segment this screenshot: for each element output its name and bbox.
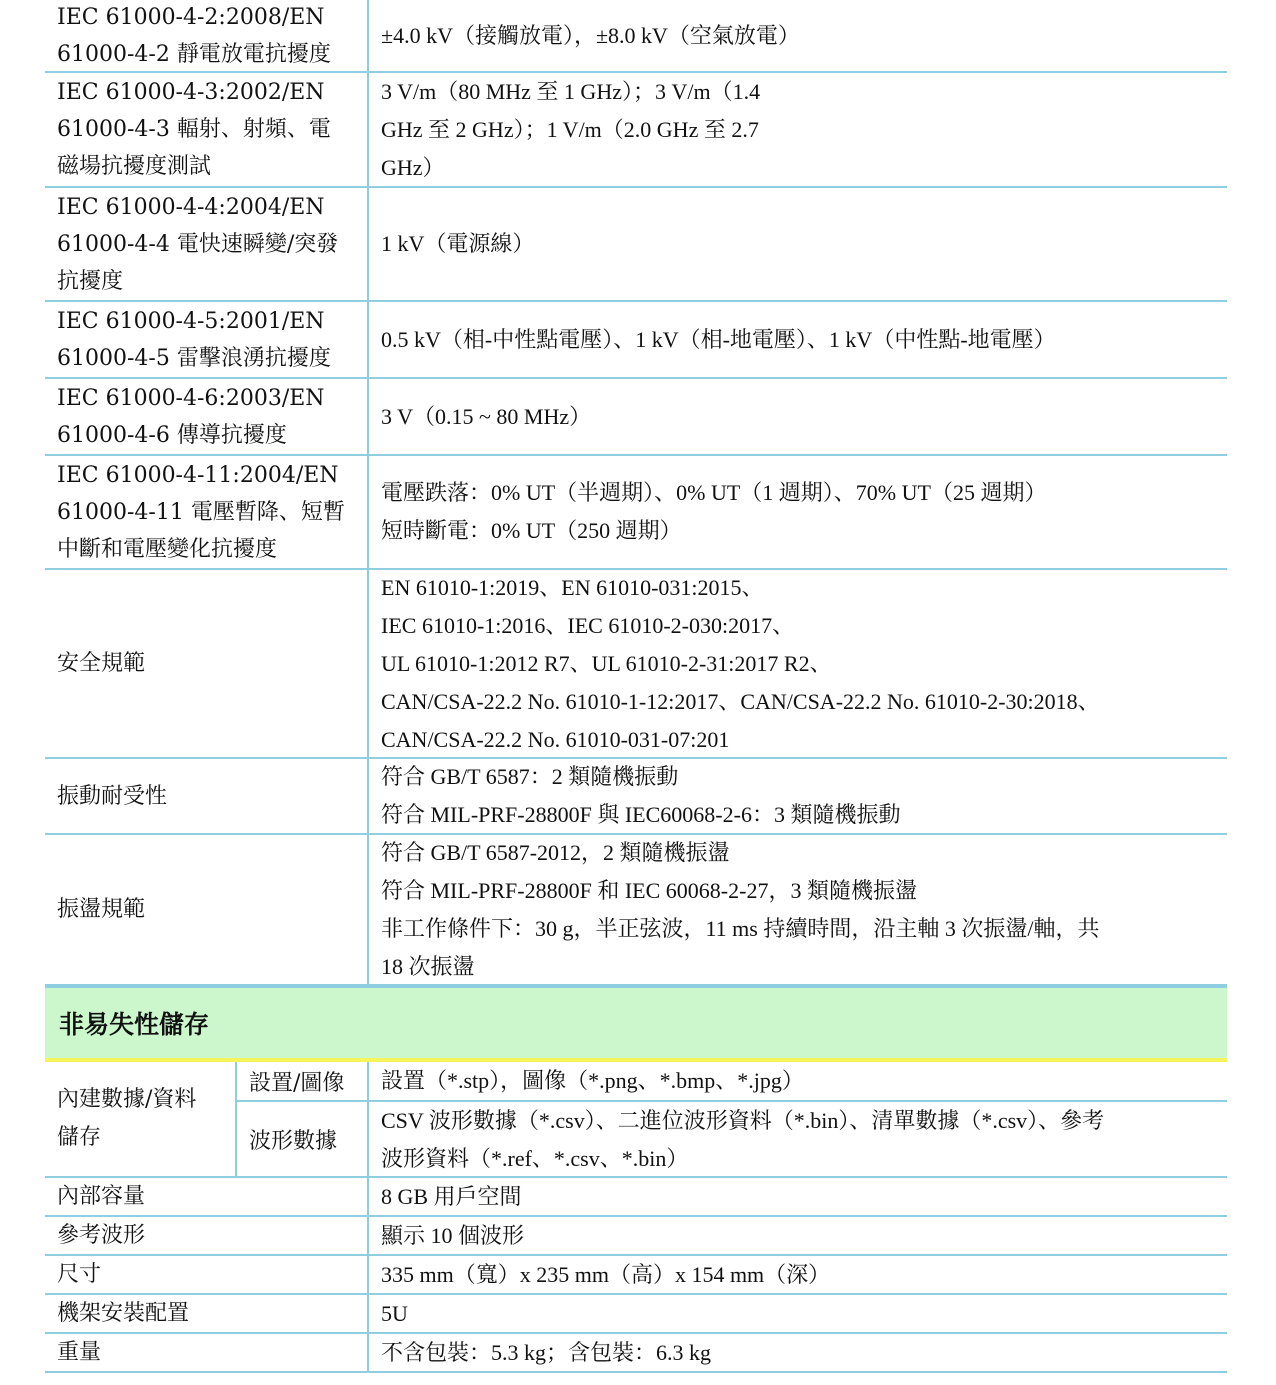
row-label: IEC 61000-4-4:2004/EN 61000-4-4 電快速瞬變/突發… (45, 188, 369, 300)
table-row: IEC 61000-4-4:2004/EN 61000-4-4 電快速瞬變/突發… (45, 188, 1227, 302)
table-row: 內部容量 8 GB 用戶空間 (45, 1178, 1227, 1217)
table-row: 參考波形 顯示 10 個波形 (45, 1217, 1227, 1256)
row-value: 335 mm（寬）x 235 mm（高）x 154 mm（深） (369, 1256, 1227, 1293)
table-row: 振盪規範 符合 GB/T 6587-2012，2 類隨機振盪 符合 MIL-PR… (45, 835, 1227, 986)
label-line: 抗擾度 (57, 263, 338, 300)
row-label: 參考波形 (45, 1217, 369, 1254)
value-line: 3 V（0.15 ~ 80 MHz） (381, 398, 591, 436)
label-line: 中斷和電壓變化抗擾度 (57, 531, 345, 568)
row-value: ±4.0 kV（接觸放電），±8.0 kV（空氣放電） (369, 0, 1227, 71)
table-row: IEC 61000-4-6:2003/EN 61000-4-6 傳導抗擾度 3 … (45, 379, 1227, 456)
table-row: 振動耐受性 符合 GB/T 6587：2 類隨機振動 符合 MIL-PRF-28… (45, 759, 1227, 835)
row-value: 3 V（0.15 ~ 80 MHz） (369, 379, 1227, 454)
value-line: 非工作條件下：30 g，半正弦波，11 ms 持續時間，沿主軸 3 次振盪/軸，… (381, 910, 1099, 948)
label-line: IEC 61000-4-4:2004/EN (57, 189, 338, 226)
label-line: 61000-4-3 輻射、射頻、電 (57, 111, 331, 148)
table-row-builtin-storage: 內建數據/資料 儲存 設置/圖像 波形數據 設置（*.stp），圖像（*.png… (45, 1062, 1227, 1178)
row-value: 符合 GB/T 6587-2012，2 類隨機振盪 符合 MIL-PRF-288… (369, 835, 1227, 984)
value-line: GHz） (381, 149, 760, 187)
spec-table: IEC 61000-4-2:2008/EN 61000-4-2 靜電放電抗擾度 … (45, 0, 1227, 1373)
row-label: 尺寸 (45, 1256, 369, 1293)
value-line: 符合 MIL-PRF-28800F 和 IEC 60068-2-27，3 類隨機… (381, 872, 1099, 910)
value-line: 18 次振盪 (381, 948, 1099, 986)
sub-label: 波形數據 (237, 1102, 367, 1176)
row-value: 5U (369, 1295, 1227, 1332)
row-label: 內建數據/資料 儲存 (45, 1062, 237, 1176)
label-line: 61000-4-4 電快速瞬變/突發 (57, 226, 338, 263)
label-line: 儲存 (57, 1119, 196, 1157)
label-line: IEC 61000-4-3:2002/EN (57, 74, 331, 111)
value-line: GHz 至 2 GHz）；1 V/m（2.0 GHz 至 2.7 (381, 111, 760, 149)
section-header: 非易失性儲存 (45, 986, 1227, 1062)
label-line: 61000-4-6 傳導抗擾度 (57, 417, 325, 454)
section-title: 非易失性儲存 (59, 1005, 209, 1041)
label-line: IEC 61000-4-6:2003/EN (57, 380, 325, 417)
row-label: IEC 61000-4-2:2008/EN 61000-4-2 靜電放電抗擾度 (45, 0, 369, 71)
value-line: 符合 GB/T 6587-2012，2 類隨機振盪 (381, 834, 1099, 872)
label-line: 61000-4-2 靜電放電抗擾度 (57, 36, 331, 73)
row-label: IEC 61000-4-5:2001/EN 61000-4-5 雷擊浪湧抗擾度 (45, 302, 369, 377)
value-line: CAN/CSA-22.2 No. 61010-031-07:201 (381, 721, 1100, 759)
row-label: IEC 61000-4-6:2003/EN 61000-4-6 傳導抗擾度 (45, 379, 369, 454)
value-line: 3 V/m（80 MHz 至 1 GHz）；3 V/m（1.4 (381, 73, 760, 111)
row-label-group: 內建數據/資料 儲存 設置/圖像 波形數據 (45, 1062, 369, 1176)
label-line: 61000-4-11 電壓暫降、短暫 (57, 494, 345, 531)
label-line: 振動耐受性 (57, 778, 167, 815)
row-value: 1 kV（電源線） (369, 188, 1227, 300)
value-line: CAN/CSA-22.2 No. 61010-1-12:2017、CAN/CSA… (381, 683, 1100, 721)
table-row: 機架安裝配置 5U (45, 1295, 1227, 1334)
label-line: 磁場抗擾度測試 (57, 148, 331, 185)
value-line: 符合 MIL-PRF-28800F 與 IEC60068-2-6：3 類隨機振動 (381, 796, 900, 834)
table-row: IEC 61000-4-2:2008/EN 61000-4-2 靜電放電抗擾度 … (45, 0, 1227, 73)
value-line: ±4.0 kV（接觸放電），±8.0 kV（空氣放電） (381, 17, 800, 55)
row-value: 電壓跌落：0% UT（半週期）、0% UT（1 週期）、70% UT（25 週期… (369, 456, 1227, 568)
label-line: 61000-4-5 雷擊浪湧抗擾度 (57, 340, 331, 377)
value-line: 短時斷電：0% UT（250 週期） (381, 512, 1046, 550)
row-value: 不含包裝：5.3 kg；含包裝：6.3 kg (369, 1334, 1227, 1371)
row-value: 8 GB 用戶空間 (369, 1178, 1227, 1215)
table-row: IEC 61000-4-5:2001/EN 61000-4-5 雷擊浪湧抗擾度 … (45, 302, 1227, 379)
value-line: IEC 61010-1:2016、IEC 61010-2-030:2017、 (381, 607, 1100, 645)
label-line: 振盪規範 (57, 891, 145, 928)
row-label: 振盪規範 (45, 835, 369, 984)
value-line: 符合 GB/T 6587：2 類隨機振動 (381, 758, 900, 796)
row-value: 符合 GB/T 6587：2 類隨機振動 符合 MIL-PRF-28800F 與… (369, 759, 1227, 833)
row-value: EN 61010-1:2019、EN 61010-031:2015、 IEC 6… (369, 570, 1227, 757)
sub-value: 設置（*.stp），圖像（*.png、*.bmp、*.jpg） (369, 1062, 1227, 1102)
table-row: IEC 61000-4-11:2004/EN 61000-4-11 電壓暫降、短… (45, 456, 1227, 570)
sub-label: 設置/圖像 (237, 1062, 367, 1102)
row-label: IEC 61000-4-11:2004/EN 61000-4-11 電壓暫降、短… (45, 456, 369, 568)
label-line: IEC 61000-4-2:2008/EN (57, 0, 331, 36)
sub-value: CSV 波形數據（*.csv）、二進位波形資料（*.bin）、清單數據（*.cs… (369, 1102, 1227, 1178)
label-line: IEC 61000-4-5:2001/EN (57, 303, 331, 340)
value-line: CSV 波形數據（*.csv）、二進位波形資料（*.bin）、清單數據（*.cs… (381, 1102, 1104, 1140)
row-label: 內部容量 (45, 1178, 369, 1215)
value-line: 波形資料（*.ref、*.csv、*.bin） (381, 1140, 1104, 1178)
row-value: 0.5 kV（相-中性點電壓）、1 kV（相-地電壓）、1 kV（中性點-地電壓… (369, 302, 1227, 377)
value-line: 1 kV（電源線） (381, 225, 534, 263)
value-line: 設置（*.stp），圖像（*.png、*.bmp、*.jpg） (381, 1062, 804, 1100)
row-value: 顯示 10 個波形 (369, 1217, 1227, 1254)
row-value: 3 V/m（80 MHz 至 1 GHz）；3 V/m（1.4 GHz 至 2 … (369, 73, 1227, 186)
value-line: 0.5 kV（相-中性點電壓）、1 kV（相-地電壓）、1 kV（中性點-地電壓… (381, 321, 1056, 359)
value-line: 電壓跌落：0% UT（半週期）、0% UT（1 週期）、70% UT（25 週期… (381, 474, 1046, 512)
table-row: 尺寸 335 mm（寬）x 235 mm（高）x 154 mm（深） (45, 1256, 1227, 1295)
row-label: 安全規範 (45, 570, 369, 757)
table-row: 安全規範 EN 61010-1:2019、EN 61010-031:2015、 … (45, 570, 1227, 759)
table-row: 重量 不含包裝：5.3 kg；含包裝：6.3 kg (45, 1334, 1227, 1373)
row-label: 振動耐受性 (45, 759, 369, 833)
value-line: EN 61010-1:2019、EN 61010-031:2015、 (381, 569, 1100, 607)
label-line: 內建數據/資料 (57, 1081, 196, 1119)
table-row: IEC 61000-4-3:2002/EN 61000-4-3 輻射、射頻、電 … (45, 73, 1227, 188)
label-line: 安全規範 (57, 645, 145, 682)
row-label: IEC 61000-4-3:2002/EN 61000-4-3 輻射、射頻、電 … (45, 73, 369, 186)
row-label: 機架安裝配置 (45, 1295, 369, 1332)
value-line: UL 61010-1:2012 R7、UL 61010-2-31:2017 R2… (381, 645, 1100, 683)
label-line: IEC 61000-4-11:2004/EN (57, 457, 345, 494)
row-label: 重量 (45, 1334, 369, 1371)
